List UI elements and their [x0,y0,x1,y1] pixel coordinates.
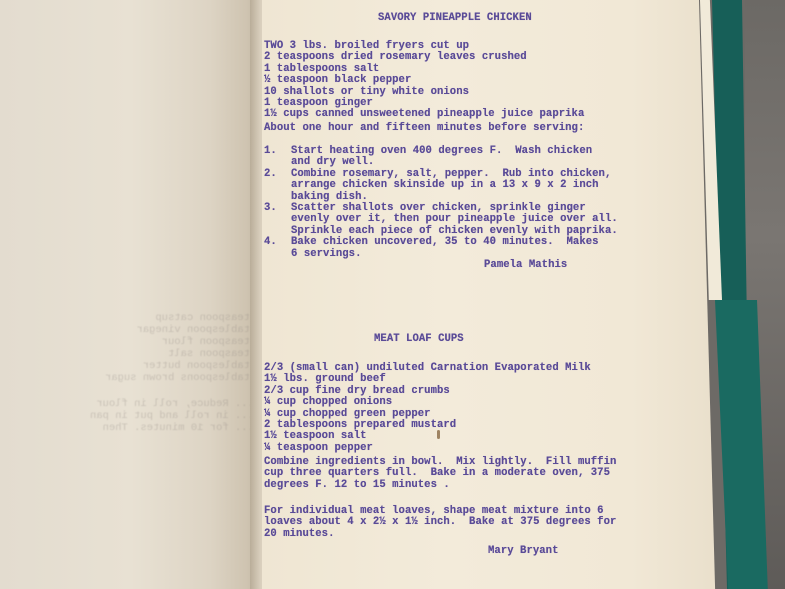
bleed-line: tablespoon butter [105,360,250,372]
steps-list-pineapple-chicken: 1.Start heating oven 400 degrees F. Wash… [264,146,618,260]
bleed-line: ... for 10 minutes. Then [90,422,254,434]
step-text: Bake chicken uncovered, 35 to 40 minutes… [291,237,599,260]
left-page: teaspoon catsuptablespoon vinegarteaspoo… [0,0,262,589]
step-item: 3.Scatter shallots over chicken, sprinkl… [264,203,618,237]
step-item: 2.Combine rosemary, salt, pepper. Rub in… [264,169,618,203]
bleed-through-text-lower: ... Reduce, roll in flour... in roll and… [90,398,254,434]
instructions-paragraph-1: Combine ingredients in bowl. Mix lightly… [264,457,616,491]
step-text: Combine rosemary, salt, pepper. Rub into… [291,169,611,203]
bleed-line: ... Reduce, roll in flour [90,398,254,410]
step-number: 4. [264,237,291,260]
recipe-intro: About one hour and fifteen minutes befor… [264,123,584,134]
step-text: Start heating oven 400 degrees F. Wash c… [291,146,592,169]
ingredients-list-meat-loaf: 2/3 (small can) undiluted Carnation Evap… [264,363,591,454]
instruction-line: 20 minutes. [264,529,616,540]
ingredient-line: ¼ cup chopped onions [264,397,591,408]
instructions-paragraph-2: For individual meat loaves, shape meat m… [264,506,616,540]
instruction-line: degrees F. 12 to 15 minutes . [264,480,616,491]
bleed-through-text-upper: teaspoon catsuptablespoon vinegarteaspoo… [105,312,250,384]
ingredient-line: 1½ cups canned unsweetened pineapple jui… [264,109,584,120]
bleed-line: teaspoon salt [105,348,250,360]
paper-stain [437,430,440,439]
recipe-title-meat-loaf-cups: MEAT LOAF CUPS [374,334,464,345]
step-text: Scatter shallots over chicken, sprinkle … [291,203,618,237]
step-item: 4.Bake chicken uncovered, 35 to 40 minut… [264,237,618,260]
step-number: 3. [264,203,291,237]
bleed-line: ... in roll and put in pan [90,410,254,422]
recipe-author-pamela: Pamela Mathis [484,260,567,271]
bleed-line: tablespoon vinegar [105,324,250,336]
bleed-line: teaspoon flour [105,336,250,348]
recipe-author-mary: Mary Bryant [488,546,558,557]
recipe-title-pineapple-chicken: SAVORY PINEAPPLE CHICKEN [378,13,532,24]
bleed-line: tablespoons brown sugar [105,372,250,384]
bleed-line: teaspoon catsup [105,312,250,324]
ingredients-list-pineapple-chicken: TWO 3 lbs. broiled fryers cut up2 teaspo… [264,41,584,121]
step-number: 1. [264,146,291,169]
step-item: 1.Start heating oven 400 degrees F. Wash… [264,146,618,169]
ingredient-line: ½ teaspoon black pepper [264,75,584,86]
ingredient-line: ¼ teaspoon pepper [264,443,591,454]
photo-scene: teaspoon catsuptablespoon vinegarteaspoo… [0,0,785,589]
step-number: 2. [264,169,291,203]
